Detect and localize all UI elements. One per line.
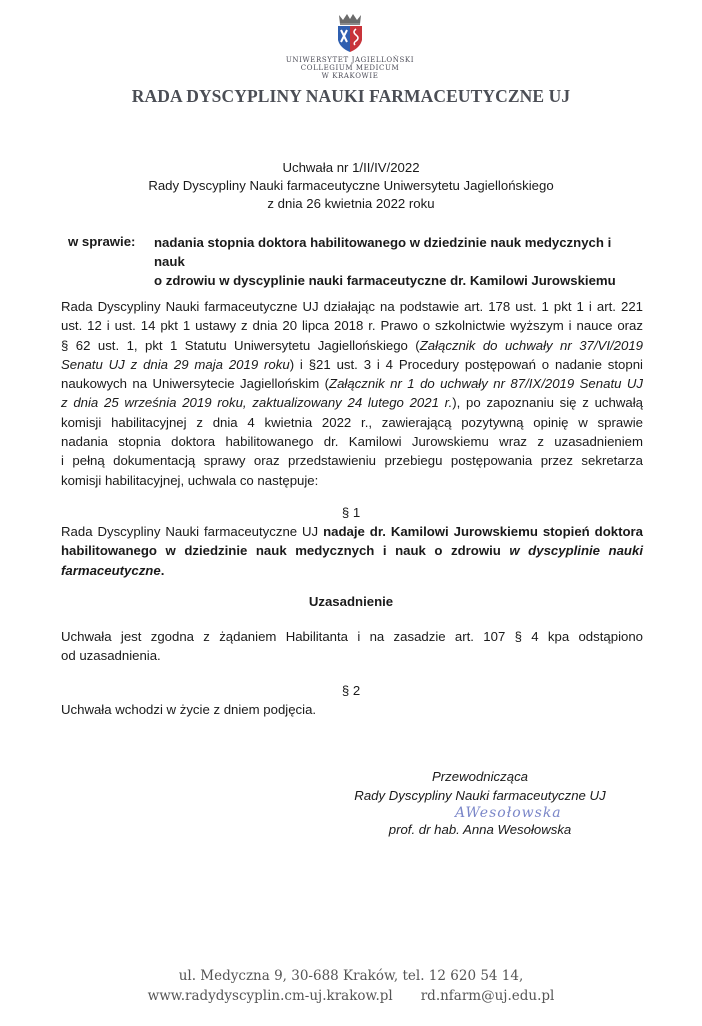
section-2-text: Uchwała wchodzi w życie z dniem podjęcia… (61, 700, 643, 719)
text-line: i pełną dokumentacją sprawy oraz przedst… (61, 451, 643, 470)
section-1-heading: § 1 (0, 505, 702, 520)
text-line: farmaceutyczne. (61, 561, 643, 580)
text-line: ust. 12 i ust. 14 pkt 1 ustawy z dnia 20… (61, 316, 643, 335)
resolution-date: z dnia 26 kwietnia 2022 roku (0, 196, 702, 211)
subject-line: nadania stopnia doktora habilitowanego w… (154, 233, 634, 271)
signatory-role: Przewodnicząca (340, 767, 620, 786)
resolution-issuer: Rady Dyscypliny Nauki farmaceutyczne Uni… (0, 178, 702, 193)
justification-text: Uchwała jest zgodna z żądaniem Habilitan… (61, 627, 643, 666)
text-line: Uchwała jest zgodna z żądaniem Habilitan… (61, 627, 643, 646)
section-2-heading: § 2 (0, 683, 702, 698)
text-line: Rada Dyscypliny Nauki farmaceutyczne UJ … (61, 522, 643, 541)
university-name-line-3: W KRAKOWIE (200, 72, 500, 80)
text-line: od uzasadnienia. (61, 646, 643, 665)
justification-heading: Uzasadnienie (0, 594, 702, 609)
text-line: komisji habilitacyjnej z dnia 4 kwietnia… (61, 413, 643, 432)
signatory-name: prof. dr hab. Anna Wesołowska (340, 820, 620, 839)
footer-website-link[interactable]: www.radydyscyplin.cm-uj.krakow.pl (148, 988, 393, 1004)
footer-email-link[interactable]: rd.nfarm@uj.edu.pl (421, 988, 555, 1004)
subject-label: w sprawie: (68, 234, 135, 249)
footer-contact: www.radydyscyplin.cm-uj.krakow.plrd.nfar… (0, 986, 702, 1006)
university-name-line-2: COLLEGIUM MEDICUM (200, 64, 500, 72)
text-line: Senatu UJ z dnia 29 maja 2019 roku) i §2… (61, 355, 643, 374)
text-line: naukowych na Uniwersytecie Jagiellońskim… (61, 374, 643, 393)
subject-text: nadania stopnia doktora habilitowanego w… (154, 233, 634, 290)
university-name-line-1: UNIWERSYTET JAGIELLOŃSKI (200, 56, 500, 64)
university-crest-icon (330, 12, 370, 54)
handwritten-signature: AWesołowska (455, 805, 562, 821)
text-line: § 62 ust. 1, pkt 1 Statutu Uniwersytetu … (61, 336, 643, 355)
section-1-text: Rada Dyscypliny Nauki farmaceutyczne UJ … (61, 522, 643, 580)
preamble: Rada Dyscypliny Nauki farmaceutyczne UJ … (61, 297, 643, 490)
text-line: Rada Dyscypliny Nauki farmaceutyczne UJ … (61, 297, 643, 316)
council-name: RADA DYSCYPLINY NAUKI FARMACEUTYCZNE UJ (0, 86, 702, 107)
text-line: z dnia 25 września 2019 roku, zaktualizo… (61, 393, 643, 412)
text-line: nadania stopnia doktora habilitowanego d… (61, 432, 643, 451)
footer-address: ul. Medyczna 9, 30-688 Kraków, tel. 12 6… (0, 966, 702, 986)
text-line: komisji habilitacyjnej, uchwala co nastę… (61, 471, 643, 490)
signatory-body: Rady Dyscypliny Nauki farmaceutyczne UJ (340, 786, 620, 805)
subject-line: o zdrowiu w dyscyplinie nauki farmaceuty… (154, 271, 634, 290)
text-line: habilitowanego w dziedzinie nauk medyczn… (61, 541, 643, 560)
resolution-number: Uchwała nr 1/II/IV/2022 (0, 160, 702, 175)
